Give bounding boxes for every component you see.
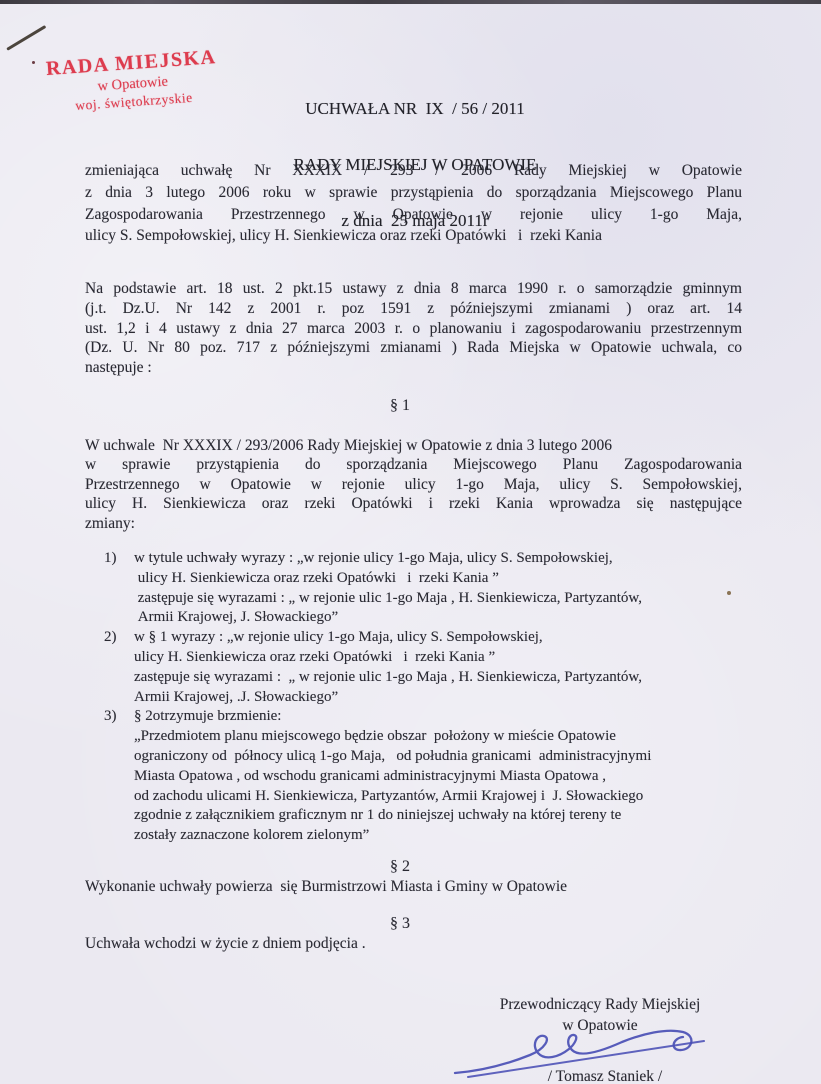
list-item: 2) w § 1 wyrazy : „w rejonie ulicy 1-go … [104,628,766,707]
list-item-body: w tytule uchwały wyrazy : „w rejonie uli… [134,549,766,628]
list-item-line: § 2otrzymuje brzmienie: [134,707,766,727]
section-2-heading: § 2 [85,858,715,876]
list-item-line: Armii Krajowej, J. Słowackiego” [134,608,766,628]
document-page: RADA MIEJSKA w Opatowie woj. świętokrzys… [0,0,821,1084]
legal-line: (Dz. U. Nr 80 poz. 717 z późniejszymi zm… [85,338,742,358]
list-item-line: zastępuje się wyrazami : „ w rejonie uli… [134,668,766,688]
legal-line: następuje : [85,358,742,378]
section-1-line: ulicy H. Sienkiewicza oraz rzeki Opatówk… [85,494,742,513]
section-3-paragraph: Uchwała wchodzi w życie z dniem podjęcia… [85,934,742,954]
intro-line: zmieniająca uchwałę Nr XXXIX / 293 / 200… [85,160,742,182]
list-item-body: w § 1 wyrazy : „w rejonie ulicy 1-go Maj… [134,628,766,707]
list-item-line: Miasta Opatowa , od wschodu granicami ad… [134,767,766,787]
intro-line: z dnia 3 lutego 2006 roku w sprawie przy… [85,182,742,204]
list-item-line: ulicy H. Sienkiewicza oraz rzeki Opatówk… [134,569,766,589]
legal-line: Na podstawie art. 18 ust. 2 pkt.15 ustaw… [85,279,742,299]
section-1-line: W uchwale Nr XXXIX / 293/2006 Rady Miejs… [85,436,742,455]
section-1-line: zmiany: [85,514,742,533]
legal-basis-paragraph: Na podstawie art. 18 ust. 2 pkt.15 ustaw… [85,279,742,378]
intro-line: Zagospodarowania Przestrzennego w Opatow… [85,204,742,226]
list-item-number: 3) [104,707,134,846]
intro-line: ulicy S. Sempołowskiej, ulicy H. Sienkie… [85,225,742,247]
list-item-body: § 2otrzymuje brzmienie: „Przedmiotem pla… [134,707,766,846]
section-1-line: Przestrzennego w Opatowie w rejonie ulic… [85,475,742,494]
pen-stroke-mark [6,25,46,51]
list-item: 1) w tytule uchwały wyrazy : „w rejonie … [104,549,766,628]
list-item-line: zostały zaznaczone kolorem zielonym” [134,826,766,846]
section-2-line: Wykonanie uchwały powierza się Burmistrz… [85,877,742,897]
section-1-line: w sprawie przystąpienia do sporządzania … [85,455,742,474]
legal-line: ust. 1,2 i 4 ustawy z dnia 27 marca 2003… [85,319,742,339]
legal-line: (j.t. Dz.U. Nr 142 z 2001 r. poz 1591 z … [85,299,742,319]
title-number: UCHWAŁA NR IX / 56 / 2011 [85,100,745,119]
section-3-line: Uchwała wchodzi w życie z dniem podjęcia… [85,934,742,954]
scan-border-line [0,0,821,4]
list-item-line: zastępuje się wyrazami : „ w rejonie uli… [134,589,766,609]
list-item-number: 1) [104,549,134,628]
section-1-paragraph: W uchwale Nr XXXIX / 293/2006 Rady Miejs… [85,436,742,533]
list-item-number: 2) [104,628,134,707]
section-3-heading: § 3 [85,915,715,933]
list-item-line: ulicy H. Sienkiewicza oraz rzeki Opatówk… [134,648,766,668]
list-item-line: w § 1 wyrazy : „w rejonie ulicy 1-go Maj… [134,628,766,648]
section-2-paragraph: Wykonanie uchwały powierza się Burmistrz… [85,877,742,897]
section-1-heading: § 1 [85,397,715,415]
list-item-line: „Przedmiotem planu miejscowego będzie ob… [134,727,766,747]
list-item-line: Armii Krajowej, .J. Słowackiego” [134,688,766,708]
list-item-line: w tytule uchwały wyrazy : „w rejonie uli… [134,549,766,569]
amendments-list: 1) w tytule uchwały wyrazy : „w rejonie … [104,549,766,846]
list-item-line: od zachodu ulicami H. Sienkiewicza, Part… [134,787,766,807]
signature-name: / Tomasz Staniek / [460,1068,750,1084]
list-item: 3) § 2otrzymuje brzmienie: „Przedmiotem … [104,707,766,846]
signature-title: Przewodniczący Rady Miejskiej [440,994,760,1015]
list-item-line: ograniczony od północy ulicą 1-go Maja, … [134,747,766,767]
intro-paragraph: zmieniająca uchwałę Nr XXXIX / 293 / 200… [85,160,742,247]
list-item-line: zgodnie z załącznikiem graficznym nr 1 d… [134,806,766,826]
